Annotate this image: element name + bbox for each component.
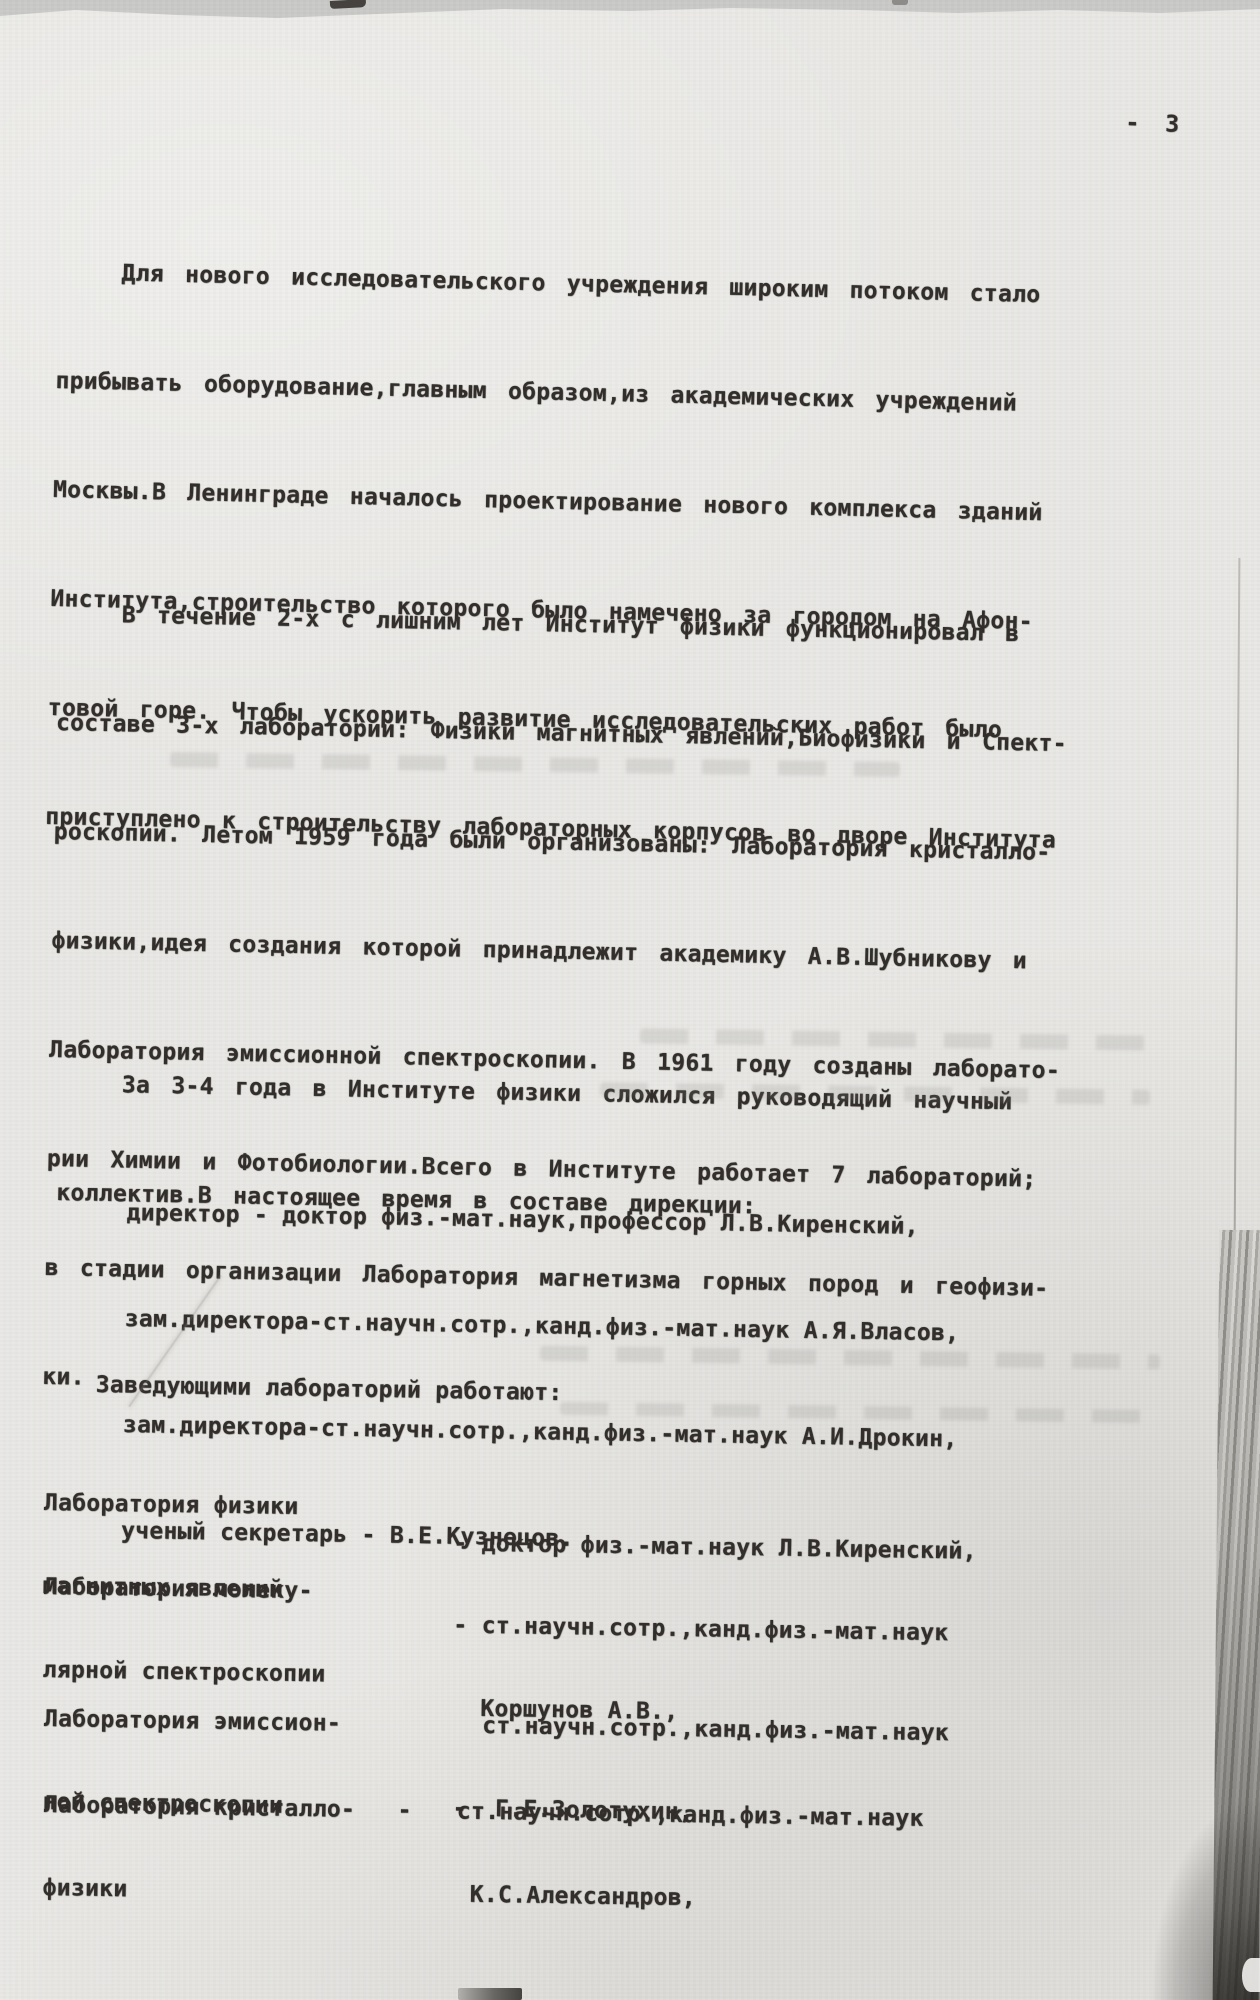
text-line: директор - доктор физ.-мат.наук,профессо… <box>126 1186 962 1255</box>
ink-smudge-top <box>892 0 908 5</box>
corner-shadow <box>1140 1680 1260 2000</box>
text-line: физики,идея создания которой принадлежит… <box>51 913 1063 991</box>
text-line: Лаборатория физики <box>44 1488 299 1523</box>
lab-table-row: Лаборатория кристалло- - физики ст.научн… <box>43 1738 1144 1859</box>
lab-head-cell: ст.научн.сотр.,канд.физ.-мат.наук К.С.Ал… <box>455 1744 925 1969</box>
lab-name-cell: Лаборатория кристалло- - физики <box>42 1738 413 1962</box>
text-line: ст.научн.сотр.,канд.физ.-мат.наук <box>454 1710 950 1749</box>
page-number: - 3 <box>1125 110 1185 138</box>
text-line: К.С.Александров, <box>455 1879 922 1917</box>
text-line: Для нового исследовательского учреждения… <box>57 244 1069 325</box>
text-line: прибывать оборудование,главным образом,и… <box>55 353 1067 434</box>
text-line: Лаборатория молеку- <box>44 1572 327 1607</box>
corner-notch <box>1242 1958 1260 1992</box>
text-line: Лаборатория кристалло- - <box>44 1790 412 1827</box>
text-line: Москвы.В Ленинграде началось проектирова… <box>52 462 1064 543</box>
ink-smudge-bottom <box>458 1988 522 2000</box>
ink-smudge-top <box>330 0 366 9</box>
text-line: - ст.научн.сотр.,канд.физ.-мат.наук <box>453 1610 949 1649</box>
text-line: физики <box>42 1873 410 1910</box>
text-line: Лаборатория эмиссион- <box>44 1704 342 1740</box>
text-line: роскопии. Летом 1959 года были организов… <box>53 804 1065 882</box>
text-line: В течение 2-х с лишним лет Институт физи… <box>58 586 1070 664</box>
lab-table-row: Лаборатория молеку- лярной спектроскопии… <box>43 1520 1144 1641</box>
text-line: ст.научн.сотр.,канд.физ.-мат.наук <box>457 1796 924 1834</box>
scanned-document-page: - 3 Для нового исследовательского учрежд… <box>0 0 1260 2000</box>
